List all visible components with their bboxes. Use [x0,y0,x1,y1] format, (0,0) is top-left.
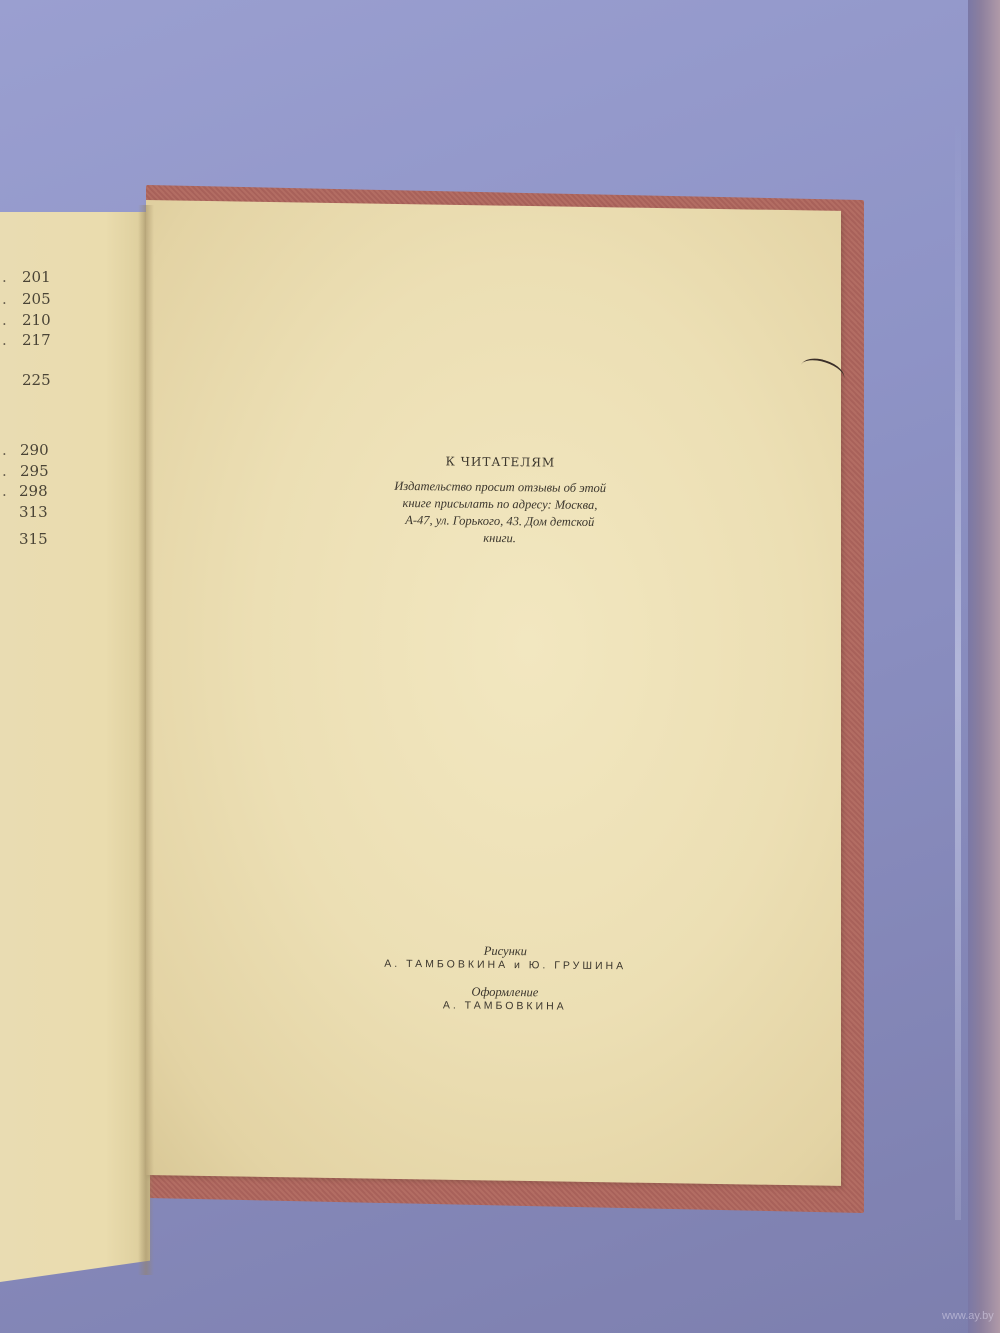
notice-heading: К ЧИТАТЕЛЯМ [370,454,630,471]
toc-row: 313 [0,503,60,523]
toc-page-number: 201 [22,268,51,286]
toc-row: .295 [0,462,60,482]
toc-row: 315 [0,530,60,550]
toc-page-number: 210 [22,311,51,329]
toc-page-number: 298 [19,482,48,500]
toc-page-number: 205 [22,290,51,308]
table-edge [968,0,1000,1333]
credit-name-design: А. ТАМБОВКИНА [360,998,650,1013]
toc-row: .201 [0,268,60,288]
toc-row: .298 [0,482,60,502]
toc-page-number: 290 [20,441,49,459]
notice-line: книги. [370,529,630,549]
toc-page-number: 295 [20,462,49,480]
credit-name-illustrations: А. ТАМБОВКИНА и Ю. ГРУШИНА [360,957,650,972]
toc-page-number: 217 [22,331,51,349]
toc-row: .205 [0,290,60,310]
toc-page-number: 315 [19,530,48,548]
toc-row: .217 [0,331,60,351]
notice-line: А-47, ул. Горького, 43. Дом детской [370,512,630,532]
credits: Рисунки А. ТАМБОВКИНА и Ю. ГРУШИНА Оформ… [360,942,651,1027]
toc-page-number: 225 [22,371,51,389]
table-edge-highlight [955,120,961,1220]
right-page [146,200,841,1186]
book-gutter [138,205,154,1275]
toc-row: 225 [0,371,60,391]
toc-row: .210 [0,311,60,331]
watermark: www.ay.by [942,1310,994,1322]
toc-page-number: 313 [19,503,48,521]
toc-row: .290 [0,441,60,461]
reader-notice: К ЧИТАТЕЛЯМ Издательство просит отзывы о… [370,454,631,549]
